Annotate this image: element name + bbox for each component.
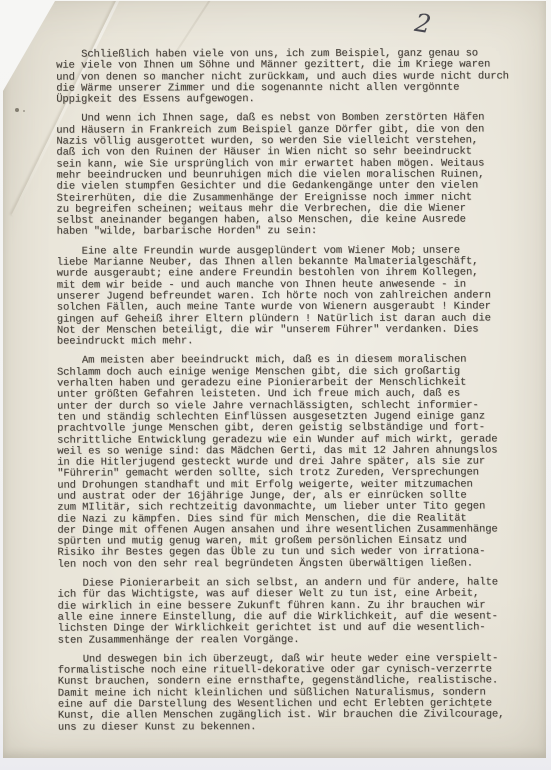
typewritten-line: uns zu dieser Kunst zu bekennen. [58, 721, 540, 734]
paragraph: Eine alte Freundin wurde ausgeplündert v… [57, 245, 539, 348]
typewritten-line: beeindruckt mich mehr. [57, 335, 539, 348]
scanned-page: 2 Schließlich haben viele von uns, ich z… [3, 1, 546, 758]
scan-background: 2 Schließlich haben viele von uns, ich z… [0, 0, 551, 770]
typewritten-line: Üppigkeit des Essens aufgewogen. [56, 94, 538, 107]
typewritten-line: haben "wilde, barbarische Horden" zu sei… [57, 226, 539, 239]
paragraph: Am meisten aber beeindruckt mich, daß es… [57, 355, 540, 571]
paragraph: Und wenn ich Ihnen sage, daß es nebst vo… [56, 113, 538, 239]
typewritten-line: sten Zusammenhänge der realen Vorgänge. [58, 634, 540, 647]
paragraph: Und deswegen bin ich überzeugt, daß wir … [58, 653, 540, 733]
typewritten-line: Kunst, die allen Menschen zugänglich ist… [58, 710, 540, 723]
paper-speck [23, 110, 25, 112]
paragraph: Schließlich haben viele von uns, ich zum… [56, 48, 538, 106]
typewritten-line: len noch von den sehr real begründeten Ä… [57, 558, 539, 571]
handwritten-page-number: 2 [413, 8, 433, 39]
typewritten-text-block: Schließlich haben viele von uns, ich zum… [56, 48, 540, 741]
paper-speck [15, 108, 19, 112]
paragraph: Diese Pionierarbeit an sich selbst, an a… [57, 577, 539, 646]
